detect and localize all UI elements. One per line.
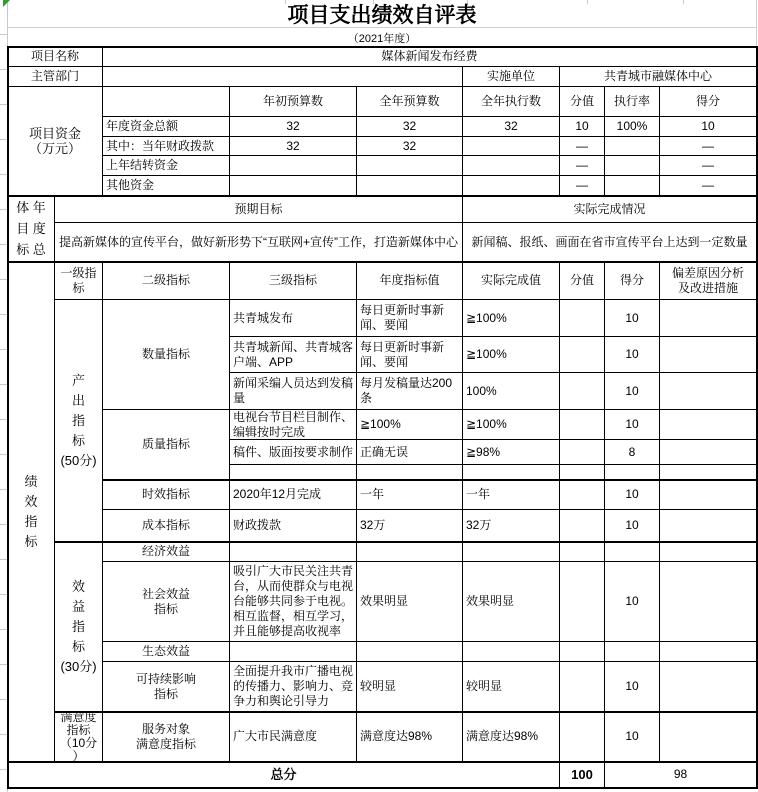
score-value-cell bbox=[560, 712, 605, 762]
project-name-value: 媒体新闻发布经费 bbox=[103, 47, 757, 67]
target-cell: 每日更新时事新闻、要闻 bbox=[357, 300, 463, 337]
target-cell bbox=[357, 542, 463, 562]
score-value-cell bbox=[560, 300, 605, 337]
score-value-cell bbox=[560, 480, 605, 510]
l3-cell: 广大市民满意度 bbox=[230, 712, 357, 762]
funds-corner-cell bbox=[103, 87, 230, 117]
target-cell bbox=[357, 465, 463, 480]
funds-cell: 32 bbox=[230, 117, 357, 137]
l3-cell: 吸引广大市民关注共青台，从而使群众与电视台能够共同参于电视。相互监督，相互学习，… bbox=[230, 562, 357, 642]
funds-header-score-value: 分值 bbox=[560, 87, 605, 117]
funds-cell: — bbox=[660, 176, 757, 196]
funds-cell: 10 bbox=[660, 117, 757, 137]
sheet-left-gutter bbox=[0, 0, 8, 792]
score-value-cell bbox=[560, 662, 605, 712]
funds-cell: 32 bbox=[230, 137, 357, 156]
deviation-cell bbox=[660, 662, 757, 712]
header-score-value: 分值 bbox=[560, 262, 605, 300]
funds-cell bbox=[230, 156, 357, 176]
target-cell: ≧100% bbox=[357, 410, 463, 440]
level2-service: 服务对象 满意度指标 bbox=[103, 712, 230, 762]
funds-cell: 10 bbox=[560, 117, 605, 137]
header-level1: 一级指标 bbox=[55, 262, 103, 300]
l3-cell: 2020年12月完成 bbox=[230, 480, 357, 510]
dept-label: 主管部门 bbox=[8, 67, 103, 87]
perf-side-label: 绩 效 指 标 bbox=[8, 262, 55, 762]
deviation-cell bbox=[660, 562, 757, 642]
l3-cell: 稿件、版面按要求制作 bbox=[230, 440, 357, 465]
l3-cell: 新闻采编人员达到发稿量 bbox=[230, 373, 357, 410]
deviation-cell bbox=[660, 480, 757, 510]
score-value-cell bbox=[560, 510, 605, 542]
target-cell: 满意度达98% bbox=[357, 712, 463, 762]
score-value-cell bbox=[560, 337, 605, 373]
header-score: 得分 bbox=[605, 262, 660, 300]
deviation-cell bbox=[660, 542, 757, 562]
deviation-cell bbox=[660, 410, 757, 440]
score-cell bbox=[605, 642, 660, 662]
header-deviation: 偏差原因分析 及改进措施 bbox=[660, 262, 757, 300]
header-level2: 二级指标 bbox=[103, 262, 230, 300]
funds-header-executed: 全年执行数 bbox=[463, 87, 560, 117]
funds-cell bbox=[357, 176, 463, 196]
funds-cell: 32 bbox=[357, 137, 463, 156]
l3-cell bbox=[230, 642, 357, 662]
total-score-value: 100 bbox=[560, 762, 605, 788]
score-value-cell bbox=[560, 440, 605, 465]
deviation-cell bbox=[660, 465, 757, 480]
score-cell: 10 bbox=[605, 300, 660, 337]
assessment-table: 项目名称 媒体新闻发布经费 主管部门 实施单位 共青城市融媒体中心 项目资金 （… bbox=[8, 47, 757, 788]
funds-cell: 100% bbox=[605, 117, 660, 137]
actual-cell: 满意度达98% bbox=[463, 712, 560, 762]
deviation-cell bbox=[660, 373, 757, 410]
header-target: 年度指标值 bbox=[357, 262, 463, 300]
funds-row-name: 其他资金 bbox=[103, 176, 230, 196]
funds-cell bbox=[463, 176, 560, 196]
funds-cell bbox=[230, 176, 357, 196]
funds-label: 项目资金 （万元） bbox=[8, 87, 103, 196]
score-value-cell bbox=[560, 465, 605, 480]
score-value-cell bbox=[560, 373, 605, 410]
funds-cell: — bbox=[560, 156, 605, 176]
score-value-cell bbox=[560, 410, 605, 440]
target-cell: 每日更新时事新闻、要闻 bbox=[357, 337, 463, 373]
deviation-cell bbox=[660, 712, 757, 762]
actual-cell: 32万 bbox=[463, 510, 560, 542]
actual-completion-text: 新闻稿、报纸、画面在省市宣传平台上达到一定数量 bbox=[463, 223, 757, 262]
annual-goal-side-label: 体 年 目 度 标 总 bbox=[8, 196, 55, 262]
l3-cell: 共青城新闻、共青城客户端、APP bbox=[230, 337, 357, 373]
score-cell bbox=[605, 542, 660, 562]
funds-header-annual: 全年预算数 bbox=[357, 87, 463, 117]
total-label: 总分 bbox=[8, 762, 560, 788]
funds-cell: — bbox=[560, 137, 605, 156]
funds-cell: — bbox=[560, 176, 605, 196]
funds-header-score: 得分 bbox=[660, 87, 757, 117]
actual-completion-header: 实际完成情况 bbox=[463, 196, 757, 223]
l3-cell: 共青城发布 bbox=[230, 300, 357, 337]
level2-quality: 质量指标 bbox=[103, 410, 230, 480]
deviation-cell bbox=[660, 440, 757, 465]
spreadsheet-document: 项目支出绩效自评表 （2021年度） 项目名称 媒体新闻发布经费 主管部门 实施… bbox=[0, 0, 758, 792]
l3-cell bbox=[230, 542, 357, 562]
page-subtitle: （2021年度） bbox=[8, 28, 757, 47]
target-cell bbox=[357, 642, 463, 662]
actual-cell: 效果明显 bbox=[463, 562, 560, 642]
score-cell: 10 bbox=[605, 373, 660, 410]
actual-cell: ≧100% bbox=[463, 410, 560, 440]
actual-cell: 较明显 bbox=[463, 662, 560, 712]
score-cell bbox=[605, 465, 660, 480]
total-score: 98 bbox=[605, 762, 757, 788]
l3-cell: 财政拨款 bbox=[230, 510, 357, 542]
funds-cell bbox=[357, 156, 463, 176]
level2-sustain: 可持续影响 指标 bbox=[103, 662, 230, 712]
funds-header-initial: 年初预算数 bbox=[230, 87, 357, 117]
score-cell: 8 bbox=[605, 440, 660, 465]
expected-goal-header: 预期目标 bbox=[55, 196, 463, 223]
score-cell: 10 bbox=[605, 662, 660, 712]
funds-cell bbox=[605, 137, 660, 156]
target-cell: 32万 bbox=[357, 510, 463, 542]
target-cell: 一年 bbox=[357, 480, 463, 510]
funds-cell bbox=[605, 156, 660, 176]
deviation-cell bbox=[660, 642, 757, 662]
score-cell: 10 bbox=[605, 480, 660, 510]
funds-cell bbox=[463, 156, 560, 176]
project-name-label: 项目名称 bbox=[8, 47, 103, 67]
actual-cell bbox=[463, 465, 560, 480]
group-output-label: 产 出 指 标 (50分) bbox=[55, 300, 103, 542]
score-cell: 10 bbox=[605, 410, 660, 440]
actual-cell: ≧100% bbox=[463, 300, 560, 337]
deviation-cell bbox=[660, 337, 757, 373]
funds-row-name: 年度资金总额 bbox=[103, 117, 230, 137]
level2-economic: 经济效益 bbox=[103, 542, 230, 562]
header-level3: 三级指标 bbox=[230, 262, 357, 300]
funds-row-name: 上年结转资金 bbox=[103, 156, 230, 176]
level2-quantity: 数量指标 bbox=[103, 300, 230, 410]
score-value-cell bbox=[560, 562, 605, 642]
group-satisfaction-label: 满意度 指标 （10分 ） bbox=[55, 712, 103, 762]
l3-cell bbox=[230, 465, 357, 480]
target-cell: 较明显 bbox=[357, 662, 463, 712]
funds-cell: — bbox=[660, 156, 757, 176]
funds-header-exec-rate: 执行率 bbox=[605, 87, 660, 117]
actual-cell: 一年 bbox=[463, 480, 560, 510]
actual-cell bbox=[463, 642, 560, 662]
l3-cell: 全面提升我市广播电视的传播力、影响力、竞争力和舆论引导力 bbox=[230, 662, 357, 712]
funds-cell bbox=[605, 176, 660, 196]
funds-cell: 32 bbox=[357, 117, 463, 137]
funds-cell: 32 bbox=[463, 117, 560, 137]
score-value-cell bbox=[560, 542, 605, 562]
actual-cell bbox=[463, 542, 560, 562]
header-actual: 实际完成值 bbox=[463, 262, 560, 300]
target-cell: 每月发稿量达200条 bbox=[357, 373, 463, 410]
impl-unit-value: 共青城市融媒体中心 bbox=[560, 67, 757, 87]
expected-goal-text: 提高新媒体的宣传平台，做好新形势下“互联网+宣传”工作，打造新媒体中心 bbox=[55, 223, 463, 262]
funds-cell bbox=[463, 137, 560, 156]
score-cell: 10 bbox=[605, 562, 660, 642]
level2-timeliness: 时效指标 bbox=[103, 480, 230, 510]
page-title: 项目支出绩效自评表 bbox=[8, 0, 757, 28]
impl-unit-label: 实施单位 bbox=[463, 67, 560, 87]
l3-cell: 电视台节目栏目制作、编辑按时完成 bbox=[230, 410, 357, 440]
level2-ecological: 生态效益 bbox=[103, 642, 230, 662]
score-cell: 10 bbox=[605, 337, 660, 373]
actual-cell: ≧100% bbox=[463, 337, 560, 373]
level2-cost: 成本指标 bbox=[103, 510, 230, 542]
deviation-cell bbox=[660, 510, 757, 542]
actual-cell: 100% bbox=[463, 373, 560, 410]
group-benefit-label: 效 益 指 标 (30分) bbox=[55, 542, 103, 712]
funds-cell: — bbox=[660, 137, 757, 156]
target-cell: 效果明显 bbox=[357, 562, 463, 642]
actual-cell: ≧98% bbox=[463, 440, 560, 465]
score-value-cell bbox=[560, 642, 605, 662]
score-cell: 10 bbox=[605, 510, 660, 542]
funds-row-name: 其中：当年财政拨款 bbox=[103, 137, 230, 156]
target-cell: 正确无误 bbox=[357, 440, 463, 465]
score-cell: 10 bbox=[605, 712, 660, 762]
deviation-cell bbox=[660, 300, 757, 337]
level2-social: 社会效益 指标 bbox=[103, 562, 230, 642]
dept-value bbox=[103, 67, 463, 87]
